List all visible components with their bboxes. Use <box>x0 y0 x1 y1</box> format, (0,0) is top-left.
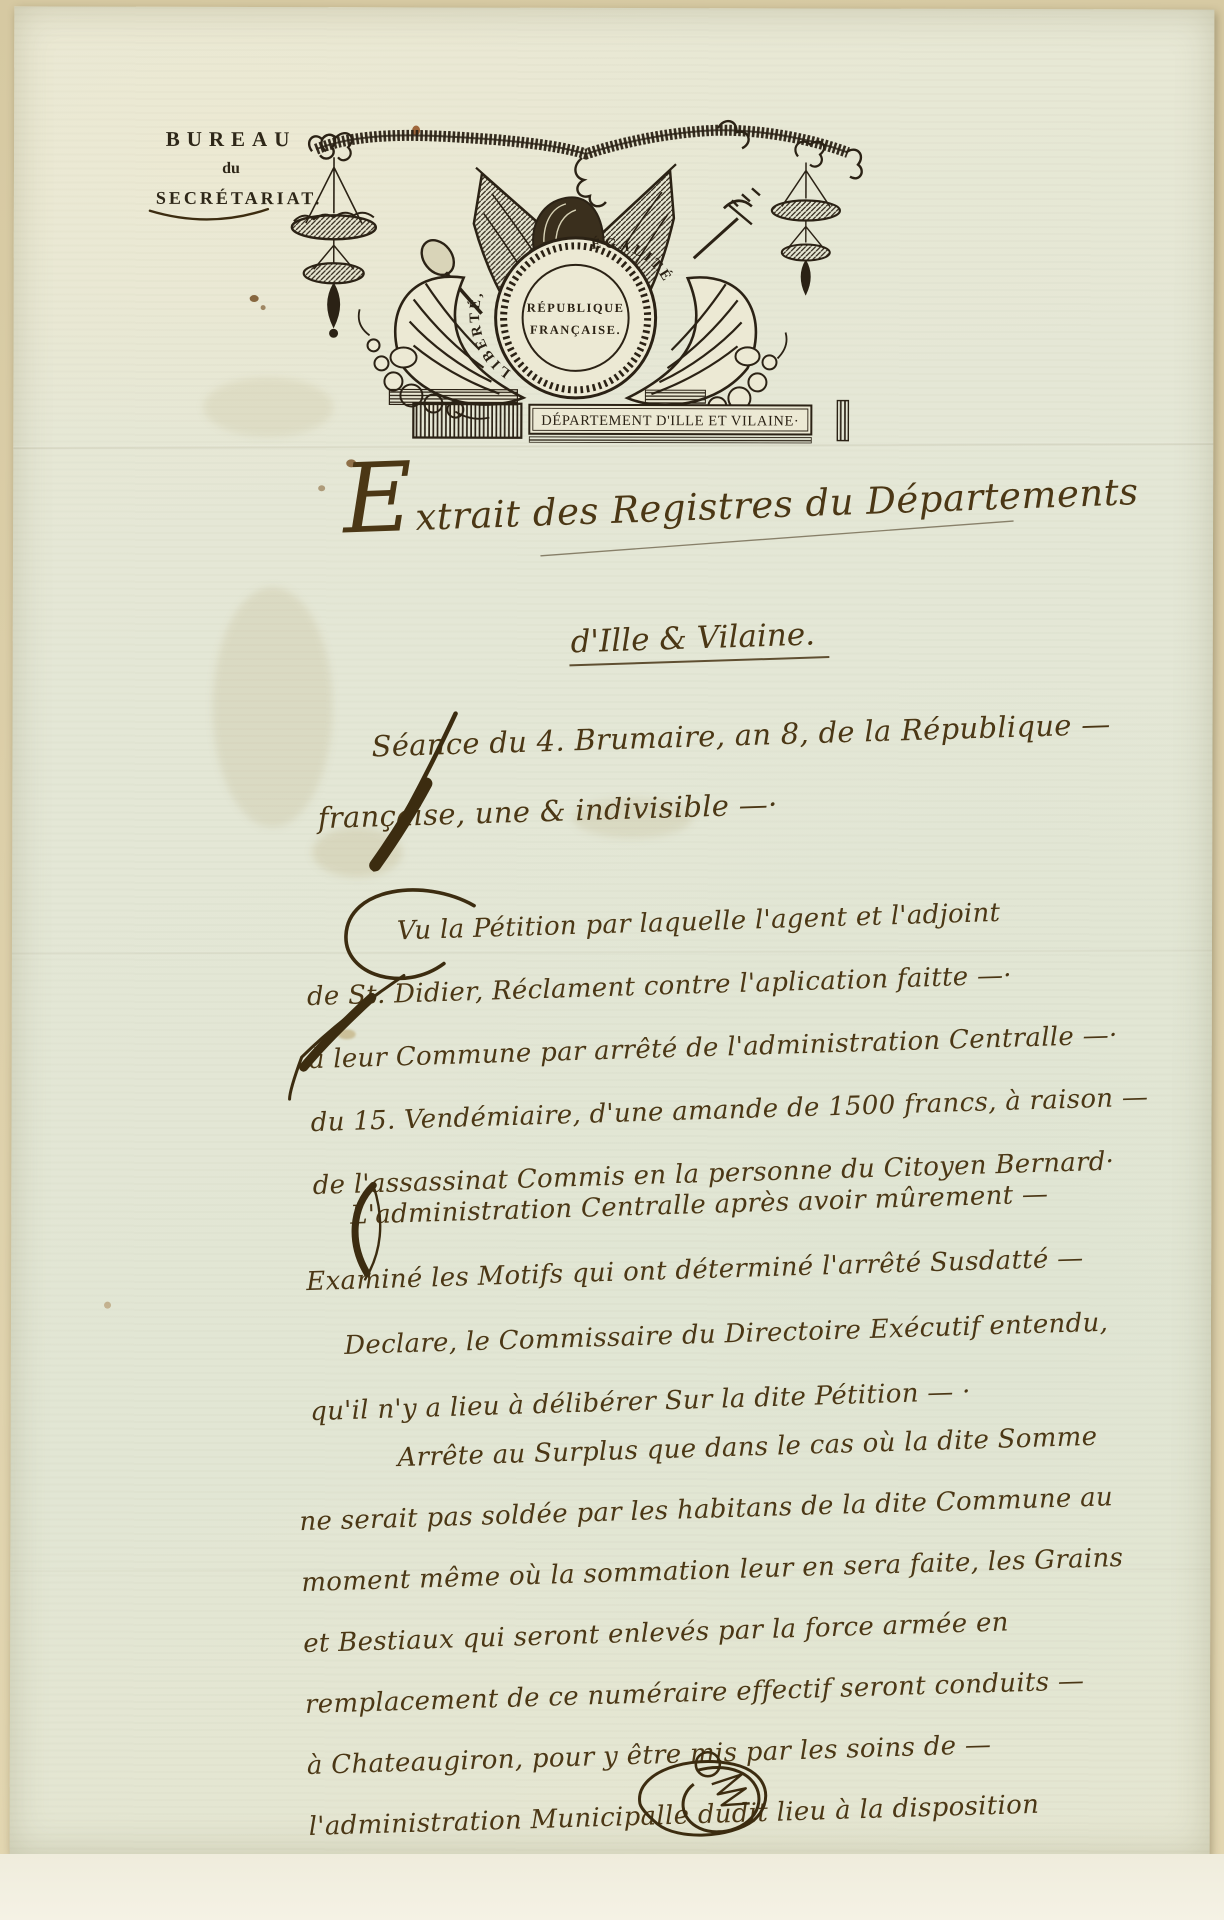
stain <box>203 377 333 437</box>
paragraph: Séance du 4. Brumaire, an 8, de la Répub… <box>315 689 1114 853</box>
foxing-spot <box>261 305 266 310</box>
bureau-line3: SECRÉTARIAT. <box>156 188 306 209</box>
foxing-spot <box>318 485 325 491</box>
foxing-spot <box>250 295 259 302</box>
paragraph: Arrête au Surplus que dans le cas où la … <box>297 1406 1132 1858</box>
document-sheet: BUREAU du SECRÉTARIAT. <box>10 6 1215 1857</box>
manuscript-title-line2: d'Ille & Vilaine. <box>568 616 830 666</box>
stain <box>212 587 333 827</box>
bureau-line1: BUREAU <box>156 127 306 152</box>
paragraph: L'administration Centralle après avoir m… <box>303 1161 1111 1445</box>
foxing-spot <box>412 125 420 135</box>
photo-background: BUREAU du SECRÉTARIAT. <box>0 0 1224 1920</box>
photo-mat-bottom <box>0 1854 1224 1920</box>
bureau-header: BUREAU du SECRÉTARIAT. <box>156 127 306 209</box>
bureau-line2: du <box>156 160 306 178</box>
foxing-spot <box>104 1302 111 1309</box>
